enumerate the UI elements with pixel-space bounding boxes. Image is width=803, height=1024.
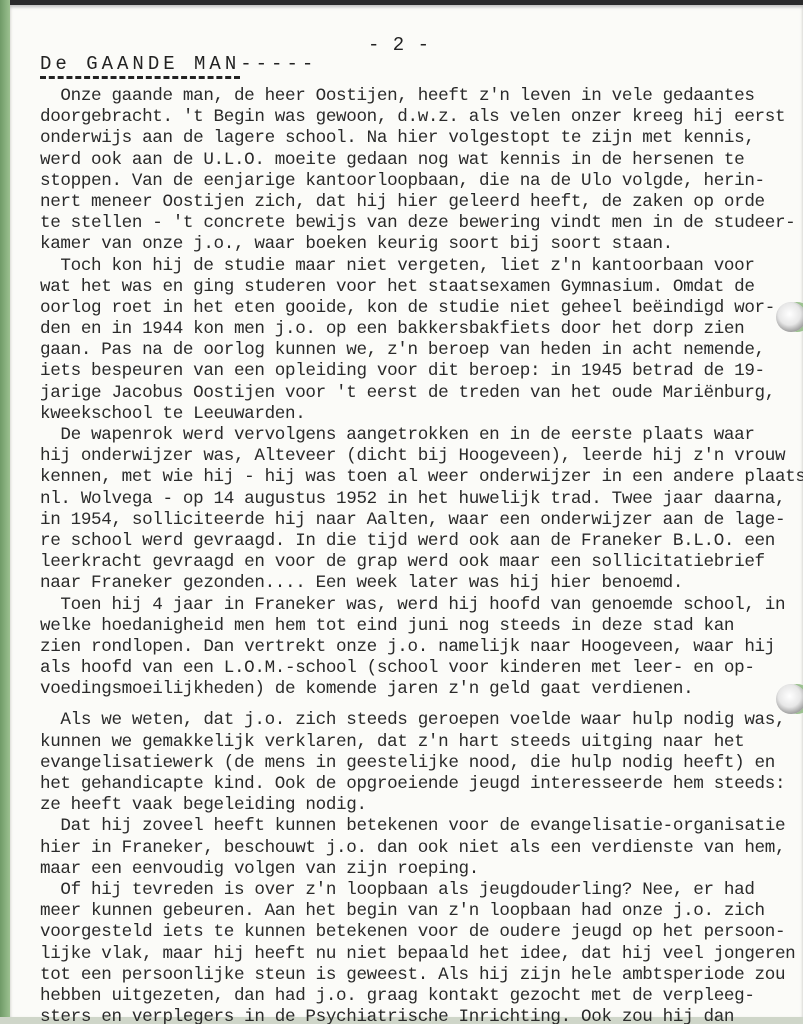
text-line: gaan. Pas na de oorlog kunnen we, z'n be… (40, 340, 780, 361)
text-line: maar een eenvoudig volgen van zijn roepi… (40, 859, 780, 880)
text-line: doorgebracht. 't Begin was gewoon, d.w.z… (40, 107, 780, 128)
article-title-text: De GAANDE MAN (40, 53, 240, 79)
text-line: hier in Franeker, beschouwt j.o. dan ook… (40, 838, 780, 859)
text-line: Toen hij 4 jaar in Franeker was, werd hi… (40, 595, 780, 616)
paragraph: Of hij tevreden is over z'n loopbaan als… (40, 880, 780, 1024)
text-line: ze heeft vaak begeleiding nodig. (40, 795, 780, 816)
paragraph: Toch kon hij de studie maar niet vergete… (40, 256, 780, 426)
paragraph: Onze gaande man, de heer Oostijen, heeft… (40, 86, 780, 256)
paragraph: Als we weten, dat j.o. zich steeds geroe… (40, 710, 780, 816)
text-line: nert meneer Oostijen zich, dat hij hier … (40, 192, 780, 213)
text-line: hij onderwijzer was, Alteveer (dicht bij… (40, 446, 780, 467)
text-line: in 1954, solliciteerde hij naar Aalten, … (40, 510, 780, 531)
text-line: stoppen. Van de eenjarige kantoorloopbaa… (40, 171, 780, 192)
text-line: iets bespeuren van een opleiding voor di… (40, 361, 780, 382)
text-line: voorgesteld iets te kunnen betekenen voo… (40, 922, 780, 943)
page-number: - 2 - (368, 34, 430, 56)
text-line: kunnen we gemakkelijk verklaren, dat z'n… (40, 732, 780, 753)
paragraph-gap (40, 700, 780, 710)
text-line: werd ook aan de U.L.O. moeite gedaan nog… (40, 150, 780, 171)
text-line: kamer van onze j.o., waar boeken keurig … (40, 234, 780, 255)
text-line: kweekschool te Leeuwarden. (40, 404, 780, 425)
text-line: kennen, met wie hij - hij was toen al we… (40, 467, 780, 488)
text-line: den en in 1944 kon men j.o. op een bakke… (40, 319, 780, 340)
text-line: jarige Jacobus Oostijen voor 't eerst de… (40, 383, 780, 404)
text-line: voedingsmoeilijkheden) de komende jaren … (40, 679, 780, 700)
text-line: hebben uitgezeten, dan had j.o. graag ko… (40, 986, 780, 1007)
text-line: als hoofd van een L.O.M.-school (school … (40, 658, 780, 679)
text-line: het gehandicapte kind. Ook de opgroeiend… (40, 774, 780, 795)
text-line: leerkracht gevraagd en voor de grap werd… (40, 552, 780, 573)
text-line: nl. Wolvega - op 14 augustus 1952 in het… (40, 489, 780, 510)
text-line: oorlog roet in het eten gooide, kon de s… (40, 298, 780, 319)
punch-hole-top (776, 302, 803, 332)
text-line: evangelisatiewerk (de mens in geestelijk… (40, 753, 780, 774)
text-line: Als we weten, dat j.o. zich steeds geroe… (40, 710, 780, 731)
text-line: tot een persoonlijke steun is geweest. A… (40, 965, 780, 986)
text-line: naar Franeker gezonden.... Een week late… (40, 573, 780, 594)
text-line: zien rondlopen. Dan vertrekt onze j.o. n… (40, 637, 780, 658)
text-line: wat het was en ging studeren voor het st… (40, 277, 780, 298)
text-line: welke hoedanigheid men hem tot eind juni… (40, 616, 780, 637)
text-line: lijke vlak, maar hij heeft nu niet bepaa… (40, 944, 780, 965)
scan-left-edge (0, 0, 10, 1024)
article-title-dashes: ----- (240, 53, 317, 75)
text-line: Toch kon hij de studie maar niet vergete… (40, 256, 780, 277)
text-line: meer kunnen gebeuren. Aan het begin van … (40, 901, 780, 922)
paragraph: De wapenrok werd vervolgens aangetrokken… (40, 425, 780, 595)
text-line: Onze gaande man, de heer Oostijen, heeft… (40, 86, 780, 107)
text-line: Dat hij zoveel heeft kunnen betekenen vo… (40, 816, 780, 837)
paragraph: Dat hij zoveel heeft kunnen betekenen vo… (40, 816, 780, 880)
text-line: Of hij tevreden is over z'n loopbaan als… (40, 880, 780, 901)
paragraph: Toen hij 4 jaar in Franeker was, werd hi… (40, 595, 780, 701)
punch-hole-bottom (776, 684, 803, 714)
text-line: te stellen - 't concrete bewijs van deze… (40, 213, 780, 234)
text-line: re school werd gevraagd. In die tijd wer… (40, 531, 780, 552)
text-line: sters en verplegers in de Psychiatrische… (40, 1007, 780, 1024)
article-body: Onze gaande man, de heer Oostijen, heeft… (40, 86, 780, 1024)
text-line: onderwijs aan de lagere school. Na hier … (40, 128, 780, 149)
text-line: De wapenrok werd vervolgens aangetrokken… (40, 425, 780, 446)
article-title: De GAANDE MAN----- (40, 53, 317, 75)
